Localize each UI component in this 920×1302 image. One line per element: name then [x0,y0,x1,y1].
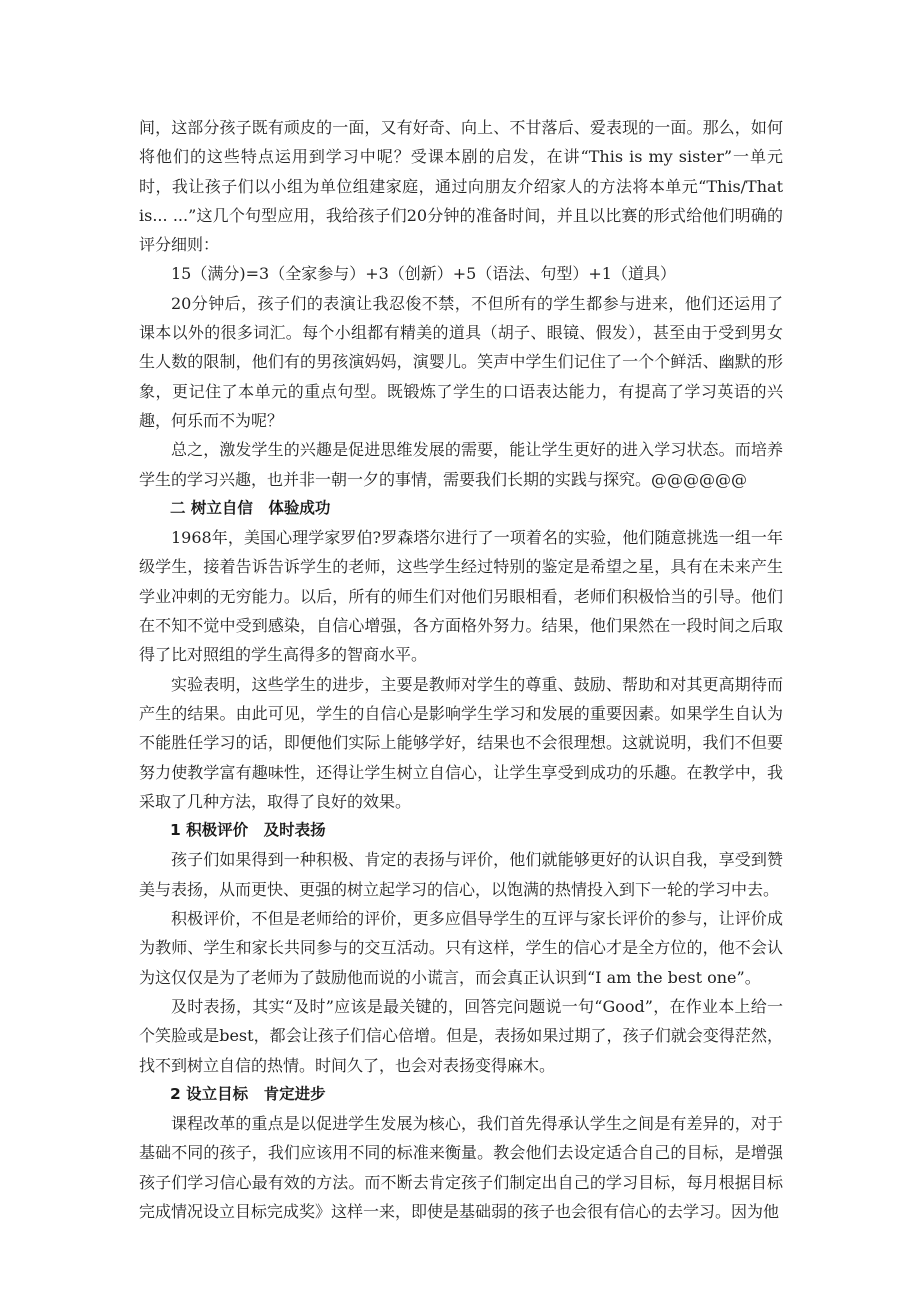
document-page: 间，这部分孩子既有顽皮的一面，又有好奇、向上、不甘落后、爱表现的一面。那么，如何… [139,113,783,1226]
paragraph-evaluation-participation: 积极评价，不但是老师给的评价，更多应倡导学生的互评与家长评价的参与，让评价成为教… [139,904,783,992]
paragraph-timely-praise: 及时表扬，其实“及时”应该是最关键的，回答完问题说一句“Good”，在作业本上给… [139,992,783,1080]
paragraph-experiment: 1968年，美国心理学家罗伯?罗森塔尔进行了一项着名的实验，他们随意挑选一组一年… [139,523,783,669]
subheading-set-goals: 2 设立目标 肯定进步 [139,1080,783,1109]
paragraph-summary: 总之，激发学生的兴趣是促进思维发展的需要，能让学生更好的进入学习状态。而培养学生… [139,435,783,494]
paragraph-experiment-conclusion: 实验表明，这些学生的进步，主要是教师对学生的尊重、鼓励、帮助和对其更高期待而产生… [139,670,783,816]
paragraph-scoring-formula: 15（满分)=3（全家参与）+3（创新）+5（语法、句型）+1（道具） [139,259,783,288]
subheading-positive-evaluation: 1 积极评价 及时表扬 [139,816,783,845]
paragraph-performance-result: 20分钟后，孩子们的表演让我忍俊不禁，不但所有的学生都参与进来，他们还运用了课本… [139,289,783,435]
section-heading-confidence: 二 树立自信 体验成功 [139,494,783,523]
paragraph-continued: 间，这部分孩子既有顽皮的一面，又有好奇、向上、不甘落后、爱表现的一面。那么，如何… [139,113,783,259]
paragraph-curriculum-reform: 课程改革的重点是以促进学生发展为核心，我们首先得承认学生之间是有差异的，对于基础… [139,1109,783,1226]
paragraph-praise-effect: 孩子们如果得到一种积极、肯定的表扬与评价，他们就能够更好的认识自我，享受到赞美与… [139,845,783,904]
